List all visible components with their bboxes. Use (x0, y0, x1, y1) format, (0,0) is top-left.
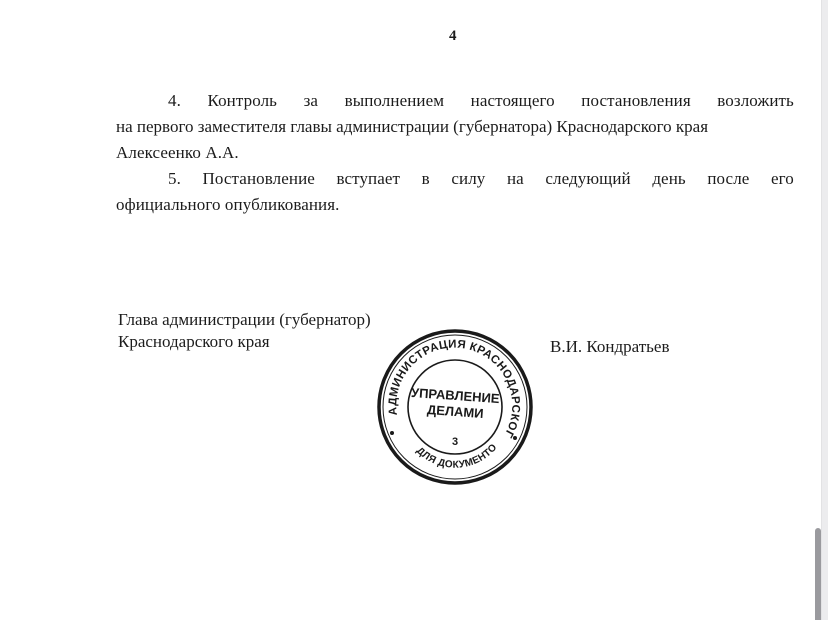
signature-title-line-1: Глава администрации (губернатор) (118, 309, 371, 331)
word: силу (451, 169, 485, 189)
word: выполнением (345, 91, 445, 111)
page-number: 4 (449, 28, 457, 45)
stamp-center-number: 3 (452, 436, 458, 448)
paragraph-4-line-1: 4. Контроль за выполнением настоящего по… (168, 91, 794, 111)
vertical-scrollbar-track[interactable] (821, 0, 828, 620)
paragraph-4-line-3: Алексеенко А.А. (116, 143, 794, 163)
paragraph-4-line-2: на первого заместителя главы администрац… (116, 117, 794, 137)
stamp-dot-left (390, 431, 394, 435)
word: 4. (168, 91, 181, 111)
word: Постановление (203, 169, 315, 189)
word: следующий (545, 169, 630, 189)
signature-title-line-2: Краснодарского края (118, 331, 371, 353)
signatory-name: В.И. Кондратьев (550, 337, 669, 357)
stamp-seal-icon: АДМИНИСТРАЦИЯ КРАСНОДАРСКОГО КРАЯ ДЛЯ ДО… (375, 327, 535, 487)
word: после (707, 169, 749, 189)
word: за (304, 91, 318, 111)
word: на (507, 169, 524, 189)
word: в (422, 169, 430, 189)
word: 5. (168, 169, 181, 189)
vertical-scrollbar-thumb[interactable] (815, 528, 821, 620)
word: день (652, 169, 685, 189)
signature-title: Глава администрации (губернатор) Краснод… (118, 309, 371, 353)
stamp-dot-right (513, 436, 517, 440)
word: постановления (581, 91, 691, 111)
word: его (771, 169, 794, 189)
paragraph-5-line-1: 5. Постановление вступает в силу на след… (168, 169, 794, 189)
paragraph-5-line-2: официального опубликования. (116, 195, 794, 215)
official-stamp: АДМИНИСТРАЦИЯ КРАСНОДАРСКОГО КРАЯ ДЛЯ ДО… (375, 327, 535, 487)
stamp-center-line-1: УПРАВЛЕНИЕ (411, 385, 501, 406)
stamp-center-line-2: ДЕЛАМИ (427, 402, 485, 421)
word: возложить (717, 91, 794, 111)
word: вступает (336, 169, 400, 189)
document-page: 4 4. Контроль за выполнением настоящего … (0, 0, 822, 620)
word: Контроль (207, 91, 277, 111)
word: настоящего (471, 91, 555, 111)
